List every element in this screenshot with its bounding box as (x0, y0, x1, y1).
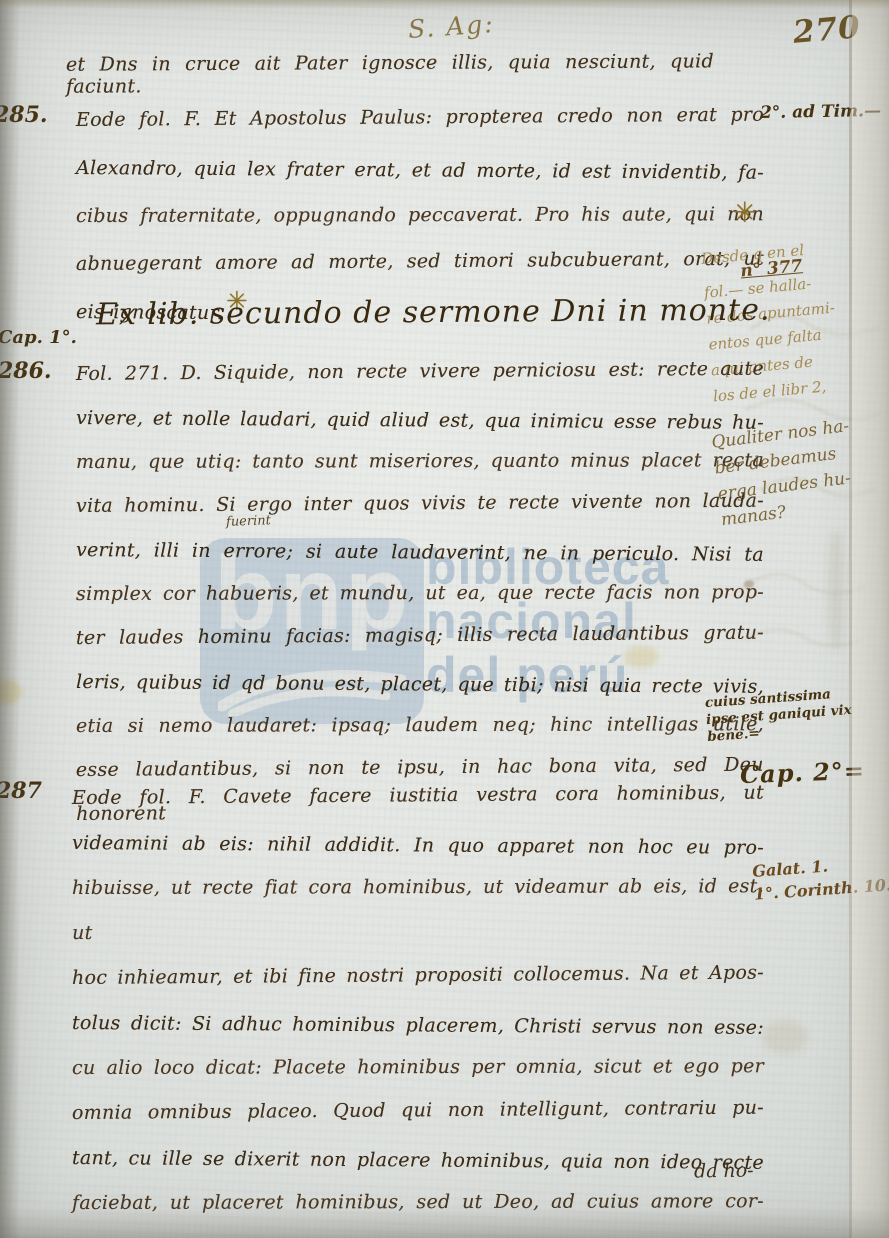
opening-line: et Dns in cruce ait Pater ignosce illis,… (66, 50, 714, 97)
body-line: vita hominu. Si ergo inter quos vivis te… (76, 479, 764, 528)
body-line: cu alio loco dicat: Placete hominibus pe… (72, 1044, 764, 1091)
paper-stain (828, 530, 844, 650)
interlinear-correction: fuerint (226, 513, 271, 530)
body-line: cibus fraternitate, oppugnando peccavera… (76, 190, 764, 240)
body-line: simplex cor habueris, et mundu, ut ea, q… (76, 570, 764, 616)
scan-edge-bottom (0, 1208, 889, 1238)
entry-286-text: Fol. 271. D. Siquide, non recte vivere p… (76, 352, 764, 836)
body-line: manu, que utiq: tanto sunt miseriores, q… (76, 438, 764, 484)
section-heading: Ex lib. secundo de sermone Dni in monte. (96, 293, 771, 333)
body-line: hoc inhieamur, et ibi fine nostri propos… (72, 951, 764, 1001)
body-line: Alexandro, quia lex frater erat, et ad m… (76, 144, 764, 197)
binding-shadow (0, 0, 20, 1238)
body-line: tant, cu ille se dixerit non placere hom… (72, 1136, 764, 1186)
running-head: S. Ag: (407, 9, 495, 44)
body-line: omnia omnibus placeo. Quod qui non intel… (72, 1086, 764, 1136)
asterisk-icon: ✳ (733, 196, 756, 229)
body-line: etia si nemo laudaret: ipsaq; laudem neq… (76, 702, 764, 748)
paper-stain (762, 1020, 808, 1054)
entry-287-text: Eode fol. F. Cavete facere iustitia vest… (72, 776, 764, 1226)
body-line: tolus dicit: Si adhuc hominibus placerem… (72, 1001, 764, 1051)
body-line: ter laudes hominu facias: magisq; illis … (76, 611, 764, 660)
page-edge-strip (852, 0, 889, 1238)
body-line: abnuegerant amore ad morte, sed timori s… (76, 235, 764, 288)
margin-note-cuius: cuius santissimaipse est ganiqui vixbene… (704, 685, 853, 746)
catchword: da ho- (694, 1159, 754, 1182)
body-line: Fol. 271. D. Siquide, non recte vivere p… (76, 347, 764, 396)
body-line: Eode fol. F. Cavete facere iustitia vest… (72, 771, 764, 821)
body-line: videamini ab eis: nihil addidit. In quo … (72, 821, 764, 871)
manuscript-page: S. Ag: 270 et Dns in cruce ait Pater ign… (0, 0, 889, 1238)
body-line: hibuisse, ut recte fiat cora hominibus, … (72, 864, 764, 956)
scan-edge-top (0, 0, 889, 9)
body-line: Eode fol. F. Et Apostolus Paulus: propte… (76, 91, 764, 144)
